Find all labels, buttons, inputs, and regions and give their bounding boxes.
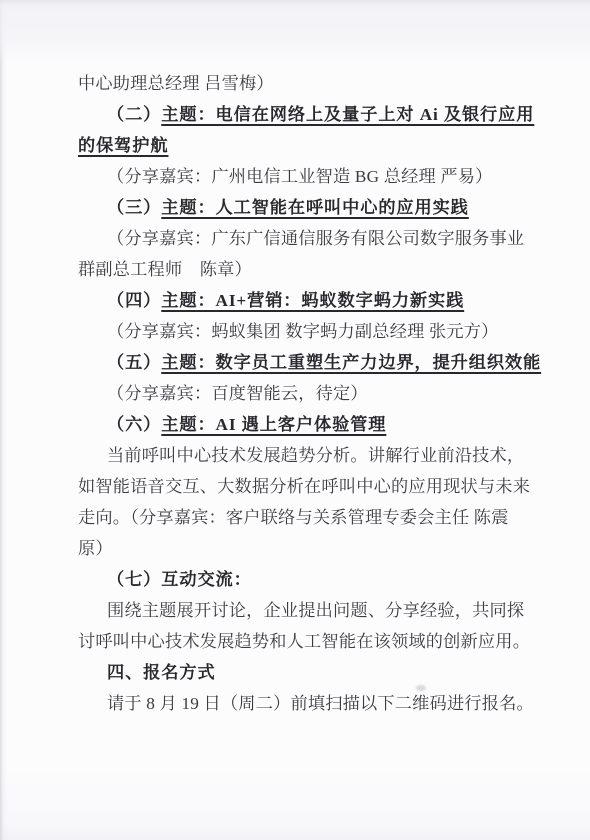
topic-3-speaker: （分享嘉宾：广东广信通信服务有限公司数字服务事业 xyxy=(78,223,514,254)
speaker-carryover-text: 中心助理总经理 吕雪梅） xyxy=(78,74,274,93)
topic-2-speaker: （分享嘉宾：广州电信工业智造 BG 总经理 严易） xyxy=(78,161,514,192)
topic-2-speaker-text: （分享嘉宾：广州电信工业智造 BG 总经理 严易） xyxy=(107,167,493,186)
topic-4-number: （四） xyxy=(107,291,161,310)
topic-3-speaker-continuation-text: 群副总工程师 陈章） xyxy=(78,260,252,279)
topic-2-number: （二） xyxy=(107,105,161,124)
topic-5-speaker-text: （分享嘉宾：百度智能云，待定） xyxy=(107,384,368,403)
topic-6-description-line-3: 走向。（分享嘉宾：客户联络与关系管理专委会主任 陈震 xyxy=(78,502,514,533)
topic-3-title: 主题：人工智能在呼叫中心的应用实践 xyxy=(161,198,469,217)
topic-6-description-text-2: 如智能语音交互、大数据分析在呼叫中心的应用现状与未来 xyxy=(78,477,530,496)
topic-7-description-text-2: 讨呼叫中心技术发展趋势和人工智能在该领域的创新应用。 xyxy=(78,632,530,651)
topic-5-number: （五） xyxy=(107,353,161,372)
scanned-document-page: 中心助理总经理 吕雪梅） （二）主题：电信在网络上及量子上对 Ai 及银行应用 … xyxy=(0,0,590,840)
topic-3-number: （三） xyxy=(107,198,161,217)
topic-4-heading: （四）主题：AI+营销：蚂蚁数字蚂力新实践 xyxy=(78,285,514,316)
topic-4-speaker: （分享嘉宾：蚂蚁集团 数字蚂力副总经理 张元方） xyxy=(78,316,514,347)
topic-4-title: 主题：AI+营销：蚂蚁数字蚂力新实践 xyxy=(161,291,464,310)
topic-3-speaker-text: （分享嘉宾：广东广信通信服务有限公司数字服务事业 xyxy=(107,229,524,248)
topic-7-number: （七） xyxy=(107,570,161,589)
topic-5-heading: （五）主题：数字员工重塑生产力边界，提升组织效能 xyxy=(78,347,514,378)
section-4-heading: 四、报名方式 xyxy=(78,657,514,688)
topic-3-heading: （三）主题：人工智能在呼叫中心的应用实践 xyxy=(78,192,514,223)
registration-instruction: 请于 8 月 19 日（周二）前填扫描以下二维码进行报名。 xyxy=(78,688,514,719)
topic-5-speaker: （分享嘉宾：百度智能云，待定） xyxy=(78,378,514,409)
section-4-heading-text: 四、报名方式 xyxy=(107,663,216,682)
topic-6-description-line-1: 当前呼叫中心技术发展趋势分析。讲解行业前沿技术， xyxy=(78,440,514,471)
topic-3-speaker-continuation: 群副总工程师 陈章） xyxy=(78,254,514,285)
registration-instruction-text: 请于 8 月 19 日（周二）前填扫描以下二维码进行报名。 xyxy=(107,694,534,713)
topic-4-speaker-text: （分享嘉宾：蚂蚁集团 数字蚂力副总经理 张元方） xyxy=(107,322,499,341)
topic-7-description-line-1: 围绕主题展开讨论，企业提出问题、分享经验，共同探 xyxy=(78,595,514,626)
topic-6-description-text-3: 走向。（分享嘉宾：客户联络与关系管理专委会主任 陈震 xyxy=(78,508,509,527)
topic-6-description-line-4: 原） xyxy=(78,533,514,564)
topic-7-title: 互动交流： xyxy=(161,570,251,589)
topic-6-title: 主题：AI 遇上客户体验管理 xyxy=(161,415,386,434)
topic-5-title: 主题：数字员工重塑生产力边界，提升组织效能 xyxy=(161,353,541,372)
topic-2-heading-continuation: 的保驾护航 xyxy=(78,130,514,161)
topic-7-description-line-2: 讨呼叫中心技术发展趋势和人工智能在该领域的创新应用。 xyxy=(78,626,514,657)
topic-6-description-line-2: 如智能语音交互、大数据分析在呼叫中心的应用现状与未来 xyxy=(78,471,514,502)
topic-6-number: （六） xyxy=(107,415,161,434)
topic-7-description-text-1: 围绕主题展开讨论，企业提出问题、分享经验，共同探 xyxy=(107,601,524,620)
topic-7-heading: （七）互动交流： xyxy=(78,564,514,595)
scan-smudge-artifact xyxy=(416,685,426,691)
topic-6-description-text-1: 当前呼叫中心技术发展趋势分析。讲解行业前沿技术， xyxy=(107,446,524,465)
topic-2-title-continuation: 的保驾护航 xyxy=(78,136,168,155)
topic-2-heading: （二）主题：电信在网络上及量子上对 Ai 及银行应用 xyxy=(78,99,514,130)
document-body: 中心助理总经理 吕雪梅） （二）主题：电信在网络上及量子上对 Ai 及银行应用 … xyxy=(78,68,514,719)
topic-2-title: 主题：电信在网络上及量子上对 Ai 及银行应用 xyxy=(161,105,534,124)
topic-6-heading: （六）主题：AI 遇上客户体验管理 xyxy=(78,409,514,440)
topic-6-description-text-4: 原） xyxy=(78,539,113,558)
line-speaker-carryover: 中心助理总经理 吕雪梅） xyxy=(78,68,514,99)
